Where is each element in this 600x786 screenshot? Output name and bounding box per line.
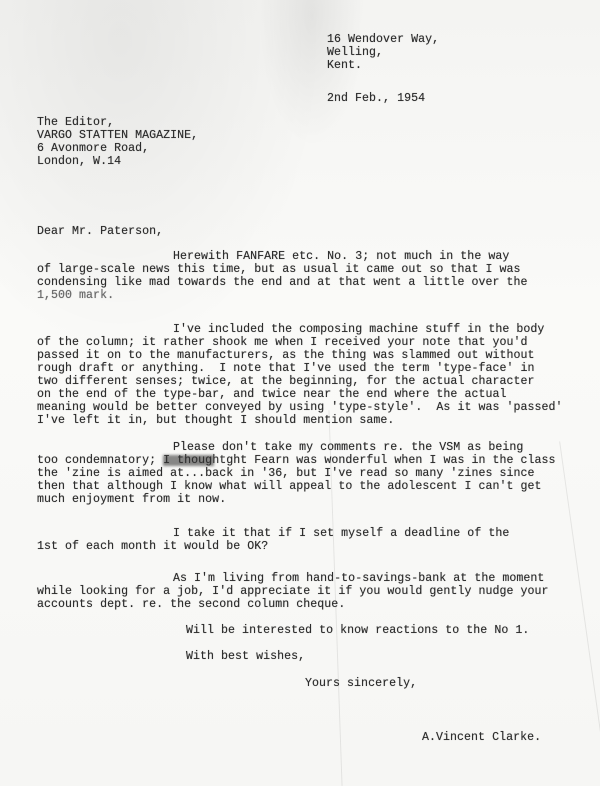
paragraph-line: 1,500 mark. bbox=[37, 289, 114, 302]
paragraph-line: 1st of each month it would be OK? bbox=[37, 540, 268, 553]
paragraph-line: of the column; it rather shook me when I… bbox=[37, 336, 528, 349]
sender-address-line: Welling, bbox=[327, 46, 383, 59]
paragraph-line: I've left it in, but thought I should me… bbox=[37, 414, 394, 427]
signature: A.Vincent Clarke. bbox=[422, 731, 541, 744]
paragraph-line: then that although I know what will appe… bbox=[37, 480, 542, 493]
recipient-address-line: VARGO STATTEN MAGAZINE, bbox=[37, 129, 198, 142]
paper-fold-crease bbox=[559, 441, 600, 738]
struck-out-text: I thought bbox=[163, 454, 226, 467]
recipient-address-line: The Editor, bbox=[37, 116, 114, 129]
recipient-address-line: London, W.14 bbox=[37, 155, 121, 168]
paragraph-line: while looking for a job, I'd appreciate … bbox=[37, 585, 549, 598]
paragraph-line: passed it on to the manufacturers, as th… bbox=[37, 349, 535, 362]
paragraph-line: Please don't take my comments re. the VS… bbox=[173, 441, 523, 454]
paragraph-line: I've included the composing machine stuf… bbox=[173, 323, 544, 336]
paragraph-line: the 'zine is aimed at...back in '36, but… bbox=[37, 467, 535, 480]
paragraph-line-start: too condemnatory; bbox=[37, 454, 163, 467]
paragraph-line: rough draft or anything. I note that I'v… bbox=[37, 362, 535, 375]
letter-page: 16 Wendover Way, Welling, Kent. 2nd Feb.… bbox=[0, 0, 600, 786]
paragraph-line: accounts dept. re. the second column che… bbox=[37, 598, 345, 611]
paragraph-6: Will be interested to know reactions to … bbox=[186, 624, 529, 637]
paragraph-line: much enjoyment from it now. bbox=[37, 493, 226, 506]
recipient-address-line: 6 Avonmore Road, bbox=[37, 142, 149, 155]
letter-date: 2nd Feb., 1954 bbox=[327, 92, 425, 105]
paragraph-line: on the end of the type-bar, and twice ne… bbox=[37, 388, 507, 401]
salutation: Dear Mr. Paterson, bbox=[37, 225, 163, 238]
paragraph-line: I take it that if I set myself a deadlin… bbox=[173, 527, 509, 540]
paragraph-line: Herewith FANFARE etc. No. 3; not much in… bbox=[173, 250, 509, 263]
paragraph-line: of large-scale news this time, but as us… bbox=[37, 263, 521, 276]
paragraph-line: too condemnatory; I thoughtght Fearn was… bbox=[37, 454, 556, 467]
paragraph-line: meaning would be better conveyed by usin… bbox=[37, 401, 563, 414]
sender-address-line: 16 Wendover Way, bbox=[327, 33, 439, 46]
paragraph-line: As I'm living from hand-to-savings-bank … bbox=[173, 572, 544, 585]
closing: Yours sincerely, bbox=[305, 677, 417, 690]
paragraph-line: condensing like mad towards the end and … bbox=[37, 276, 528, 289]
paragraph-line: two different senses; twice, at the begi… bbox=[37, 375, 535, 388]
sender-address-line: Kent. bbox=[327, 59, 362, 72]
paragraph-line-rest: ght Fearn was wonderful when I was in th… bbox=[226, 454, 555, 467]
paragraph-7: With best wishes, bbox=[186, 650, 305, 663]
